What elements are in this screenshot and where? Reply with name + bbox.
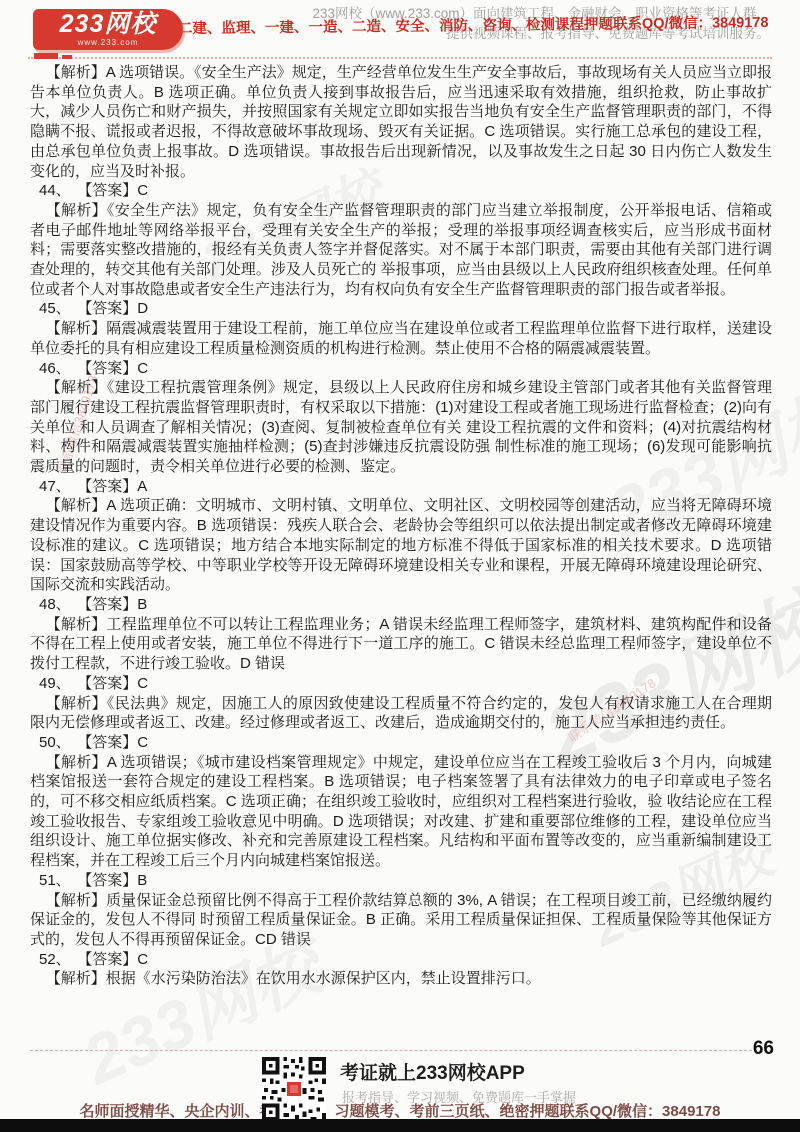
answer-label: 【答案】B xyxy=(85,872,148,889)
question-number: 47、 xyxy=(39,478,71,495)
bottom-black-bar xyxy=(0,1119,800,1132)
logo-accent-dash xyxy=(62,55,72,59)
answer-label: 【答案】C xyxy=(85,951,148,968)
page-number: 66 xyxy=(753,1038,774,1060)
question-number: 44、 xyxy=(39,182,71,199)
answer-line: 46、【答案】C xyxy=(30,359,772,379)
answer-line: 47、【答案】A xyxy=(30,477,772,497)
answer-label: 【答案】C xyxy=(85,734,148,751)
analysis-paragraph: 【解析】《安全生产法》规定，负有安全生产监督管理职责的部门应当建立举报制度，公开… xyxy=(30,201,772,300)
answer-item: 45、【答案】D 【解析】隔震减震装置用于建设工程前，施工单位应当在建设单位或者… xyxy=(30,299,772,358)
document-page: 233网校 233网校 233网校 233网校 233网校 联系微信384917… xyxy=(0,0,800,1132)
footer-divider xyxy=(30,1050,772,1051)
answer-line: 48、【答案】B xyxy=(30,595,772,615)
analysis-paragraph: 【解析】质量保证金总预留比例不得高于工程价款结算总额的 3%, A 错误；在工程… xyxy=(30,891,772,950)
qr-code-icon xyxy=(262,1057,326,1121)
question-number: 51、 xyxy=(39,872,71,889)
analysis-paragraph: 【解析】《民法典》规定，因施工人的原因致使建设工程质量不符合约定的，发包人有权请… xyxy=(30,694,772,733)
analysis-paragraph: 【解析】A 选项错误；《城市建设档案管理规定》中规定，建设单位应当在工程竣工验收… xyxy=(30,753,772,871)
analysis-paragraph: 【解析】根据《水污染防治法》在饮用水水源保护区内，禁止设置排污口。 xyxy=(30,969,772,989)
answer-line: 44、【答案】C xyxy=(30,181,772,201)
answer-label: 【答案】C xyxy=(85,182,148,199)
analysis-paragraph: 【解析】工程监理单位不可以转让工程监理业务；A 错误未经监理工程师签字，建筑材料… xyxy=(30,615,772,674)
footer-app-subtitle: 报考指导、学习视频、免费题库一手掌握 xyxy=(342,1087,576,1106)
answer-item: 47、【答案】A 【解析】A 选项正确：文明城市、文明村镇、文明单位、文明社区、… xyxy=(30,477,772,595)
answer-item: 44、【答案】C 【解析】《安全生产法》规定，负有安全生产监督管理职责的部门应当… xyxy=(30,181,772,299)
header-divider xyxy=(28,57,772,59)
question-number: 46、 xyxy=(39,360,71,377)
question-number: 50、 xyxy=(39,734,71,751)
analysis-paragraph: 【解析】隔震减震装置用于建设工程前，施工单位应当在建设单位或者工程监理单位监督下… xyxy=(30,319,772,358)
question-number: 52、 xyxy=(39,951,71,968)
question-number: 49、 xyxy=(39,675,71,692)
analysis-paragraph: 【解析】A 选项正确：文明城市、文明村镇、文明单位、文明社区、文明校园等创建活动… xyxy=(30,496,772,595)
analysis-paragraph: 【解析】《建设工程抗震管理条例》规定，县级以上人民政府住房和城乡建设主管部门或者… xyxy=(30,378,772,477)
answer-item: 49、【答案】C 【解析】《民法典》规定，因施工人的原因致使建设工程质量不符合约… xyxy=(30,674,772,733)
answer-label: 【答案】C xyxy=(85,360,148,377)
logo-accent-dash xyxy=(34,53,58,59)
answer-label: 【答案】C xyxy=(85,675,148,692)
analysis-paragraph: 【解析】A 选项错误。《安全生产法》规定，生产经营单位发生生产安全事故后，事故现… xyxy=(30,63,772,181)
brand-logo-url: www.233.com xyxy=(33,39,183,47)
answer-items: 44、【答案】C 【解析】《安全生产法》规定，负有安全生产监督管理职责的部门应当… xyxy=(30,181,772,989)
answer-label: 【答案】D xyxy=(85,300,148,317)
footer-app-title: 考证就上233网校APP xyxy=(340,1058,525,1085)
answer-item: 51、【答案】B 【解析】质量保证金总预留比例不得高于工程价款结算总额的 3%,… xyxy=(30,871,772,950)
brand-logo: 233网校 www.233.com xyxy=(33,9,183,50)
answer-line: 45、【答案】D xyxy=(30,299,772,319)
answer-item: 52、【答案】C 【解析】根据《水污染防治法》在饮用水水源保护区内，禁止设置排污… xyxy=(30,950,772,989)
answer-item: 46、【答案】C 【解析】《建设工程抗震管理条例》规定，县级以上人民政府住房和城… xyxy=(30,359,772,477)
answer-item: 48、【答案】B 【解析】工程监理单位不可以转让工程监理业务；A 错误未经监理工… xyxy=(30,595,772,674)
answer-line: 50、【答案】C xyxy=(30,733,772,753)
question-number: 48、 xyxy=(39,596,71,613)
answer-line: 52、【答案】C xyxy=(30,950,772,970)
answer-line: 51、【答案】B xyxy=(30,871,772,891)
answers-content: 【解析】A 选项错误。《安全生产法》规定，生产经营单位发生生产安全事故后，事故现… xyxy=(30,63,772,989)
answer-label: 【答案】B xyxy=(85,596,148,613)
answer-item: 50、【答案】C 【解析】A 选项错误；《城市建设档案管理规定》中规定，建设单位… xyxy=(30,733,772,871)
brand-logo-text: 233网校 xyxy=(33,9,183,39)
answer-label: 【答案】A xyxy=(85,478,148,495)
question-number: 45、 xyxy=(39,300,71,317)
answer-line: 49、【答案】C xyxy=(30,674,772,694)
